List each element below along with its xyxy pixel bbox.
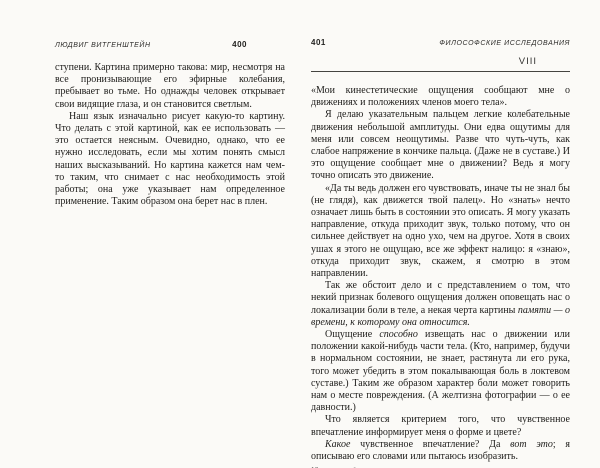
page-number-right: 401 (311, 38, 326, 47)
paragraph-text: чувственное впечатление? Да (350, 439, 510, 450)
paragraph-text: Я делаю указательным пальцем легкие коле… (311, 109, 570, 181)
paragraph-text: Наш язык изначально рисует какую-то карт… (55, 111, 285, 207)
right-page-body: «Мои кинестетические ощущения сообщают м… (311, 85, 570, 463)
paragraph: Какое чувственное впечатление? Да вот эт… (311, 439, 570, 463)
book-running-title: ФИЛОСОФСКИЕ ИССЛЕДОВАНИЯ (439, 40, 570, 47)
paragraph-text: Ощущение (325, 329, 379, 340)
paragraph: «Мои кинестетические ощущения сообщают м… (311, 85, 570, 109)
paragraph: Что является критерием того, что чувстве… (311, 414, 570, 438)
left-running-header: ЛЮДВИГ ВИТГЕНШТЕЙН 400 (55, 40, 285, 50)
author-name: ЛЮДВИГ ВИТГЕНШТЕЙН (55, 42, 151, 49)
right-page: 401 ФИЛОСОФСКИЕ ИССЛЕДОВАНИЯ VIII «Мои к… (311, 38, 570, 468)
paragraph: Я делаю указательным пальцем легкие коле… (311, 109, 570, 182)
paragraph: Так же обстоит дело и с представлением о… (311, 280, 570, 329)
paragraph-emphasis: Какое (325, 439, 350, 450)
paragraph-text: извещать нас о движении или положении ка… (311, 329, 570, 413)
paragraph-emphasis: способно (379, 329, 418, 340)
paragraph: ступени. Картина примерно такова: мир, н… (55, 62, 285, 111)
page-number-left: 400 (232, 40, 247, 49)
paragraph: «Да ты ведь должен его чувствовать, инач… (311, 183, 570, 281)
book-scan: ЛЮДВИГ ВИТГЕНШТЕЙН 400 ступени. Картина … (0, 0, 600, 468)
paragraph-text: «Да ты ведь должен его чувствовать, инач… (311, 183, 570, 279)
right-running-header: 401 ФИЛОСОФСКИЕ ИССЛЕДОВАНИЯ (311, 38, 570, 48)
paragraph-emphasis: вот это (510, 439, 553, 450)
paragraph-text: Что является критерием того, что чувстве… (311, 414, 570, 437)
section-rule (311, 71, 570, 72)
paragraph: Ощущение способно извещать нас о движени… (311, 329, 570, 414)
section-heading: VIII (311, 57, 570, 67)
left-page-body: ступени. Картина примерно такова: мир, н… (55, 62, 285, 208)
paragraph-text: «Мои кинестетические ощущения сообщают м… (311, 85, 570, 108)
left-page: ЛЮДВИГ ВИТГЕНШТЕЙН 400 ступени. Картина … (55, 40, 285, 208)
paragraph: Наш язык изначально рисует какую-то карт… (55, 111, 285, 209)
paragraph-text: ступени. Картина примерно такова: мир, н… (55, 62, 285, 110)
